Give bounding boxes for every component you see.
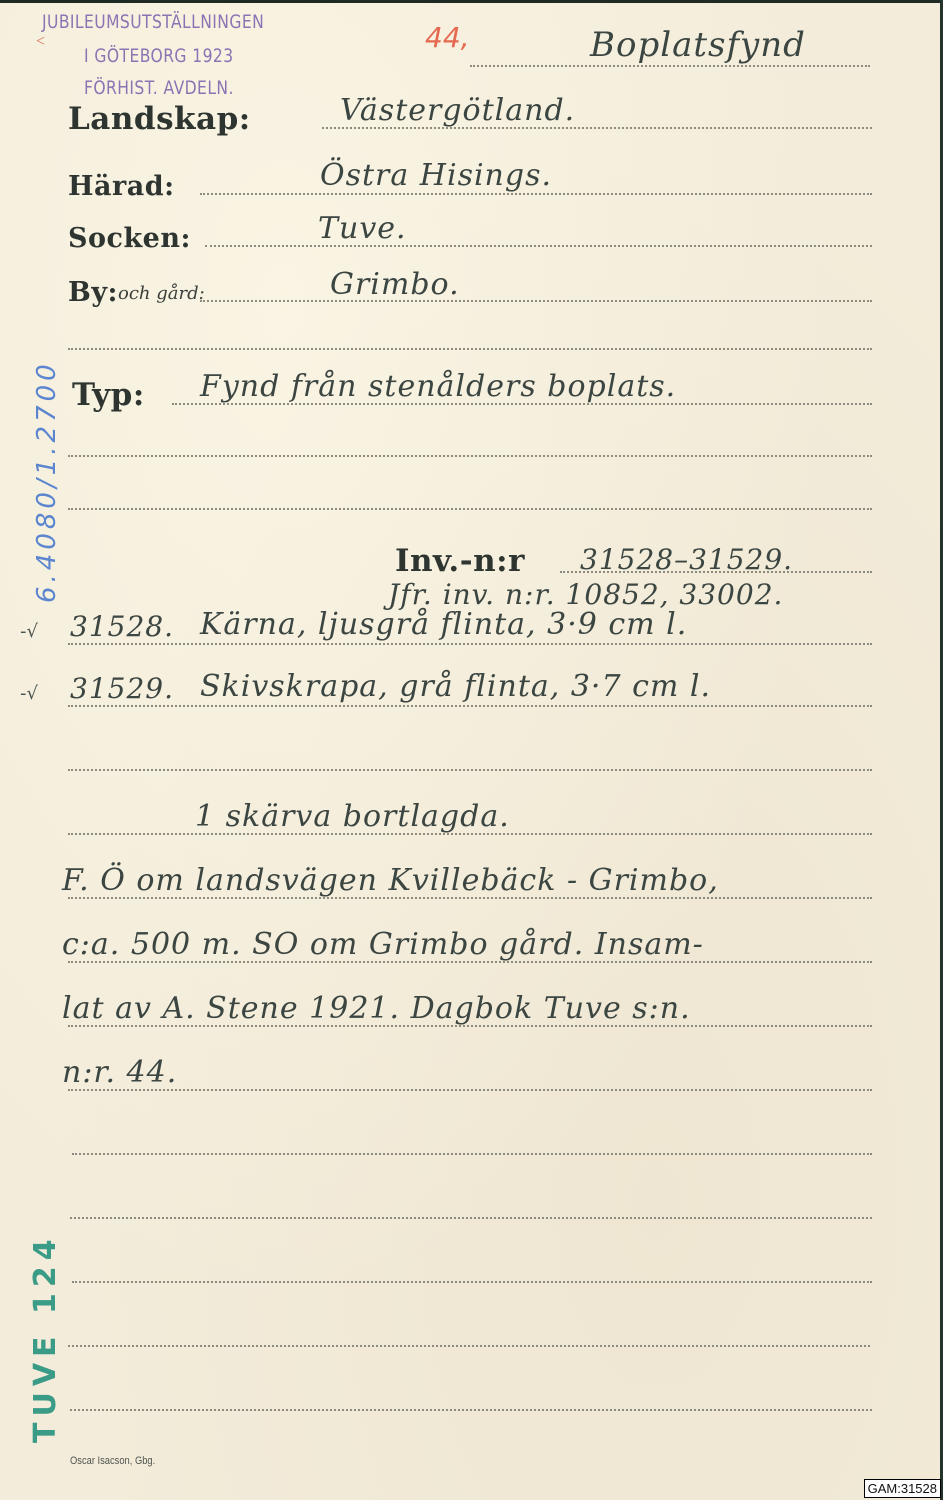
value-typ: Fynd från stenålders boplats.	[200, 369, 676, 404]
red-pencil-mark: ˂	[36, 33, 45, 51]
blank-line-3	[68, 508, 872, 510]
check-mark-icon: -√	[20, 683, 38, 704]
find-location-line-4: n:r. 44.	[62, 1055, 177, 1090]
value-inv-nr: 31528–31529.	[580, 543, 793, 576]
parish-number-stamp: TUVE 124	[28, 1233, 63, 1443]
item-number: 31529.	[70, 672, 174, 705]
line-socken	[205, 245, 872, 247]
blank-line-5	[72, 1153, 872, 1155]
discarded-note: 1 skärva bortlagda.	[195, 799, 510, 834]
line-item-2	[68, 705, 872, 707]
line-harad	[200, 193, 872, 195]
category-value: Boplatsfynd	[590, 25, 806, 65]
item-description: Kärna, ljusgrå flinta, 3·9 cm l.	[200, 607, 687, 642]
blank-line-2	[68, 455, 872, 457]
printer-imprint: Oscar Isacson, Gbg.	[70, 1455, 155, 1467]
blank-line-6	[70, 1217, 872, 1219]
item-number: 31528.	[70, 610, 174, 643]
exhibition-stamp-line3: FÖRHIST. AVDELN.	[84, 77, 234, 99]
label-inv-nr: Inv.-n:r	[395, 543, 525, 579]
check-mark-icon: -√	[20, 621, 38, 642]
blank-line-1	[68, 348, 872, 350]
find-location-line-2: c:a. 500 m. SO om Grimbo gård. Insam-	[62, 927, 704, 962]
value-by: Grimbo.	[330, 267, 460, 302]
blank-line-8	[68, 1345, 870, 1347]
category-line	[470, 65, 870, 67]
line-notes-5	[68, 1089, 872, 1091]
catalog-id-label: GAM:31528	[864, 1479, 941, 1498]
item-description: Skivskrapa, grå flinta, 3·7 cm l.	[200, 669, 711, 704]
find-location-line-1: F. Ö om landsvägen Kvillebäck - Grimbo,	[62, 863, 719, 898]
label-by: By:	[68, 277, 118, 308]
red-page-number: 44,	[425, 21, 470, 54]
index-card: JUBILEUMSUTSTÄLLNINGEN I GÖTEBORG 1923 F…	[0, 3, 940, 1500]
value-landskap: Västergötland.	[340, 93, 575, 128]
line-item-1	[68, 643, 872, 645]
label-typ: Typ:	[72, 377, 145, 413]
find-location-line-3: lat av A. Stene 1921. Dagbok Tuve s:n.	[62, 991, 691, 1026]
line-by	[200, 300, 872, 302]
blank-line-9	[70, 1409, 872, 1411]
label-och-gard: och gård:	[118, 283, 205, 304]
blue-margin-note: 6.4080/1.2700	[32, 360, 62, 603]
label-harad: Härad:	[68, 171, 175, 202]
exhibition-stamp-line1: JUBILEUMSUTSTÄLLNINGEN	[42, 11, 264, 33]
value-harad: Östra Hisings.	[320, 158, 552, 193]
label-landskap: Landskap:	[68, 101, 251, 137]
label-socken: Socken:	[68, 223, 191, 254]
blank-line-7	[72, 1281, 872, 1283]
exhibition-stamp-line2: I GÖTEBORG 1923	[84, 45, 234, 67]
blank-line-4	[68, 769, 872, 771]
value-socken: Tuve.	[318, 211, 407, 246]
